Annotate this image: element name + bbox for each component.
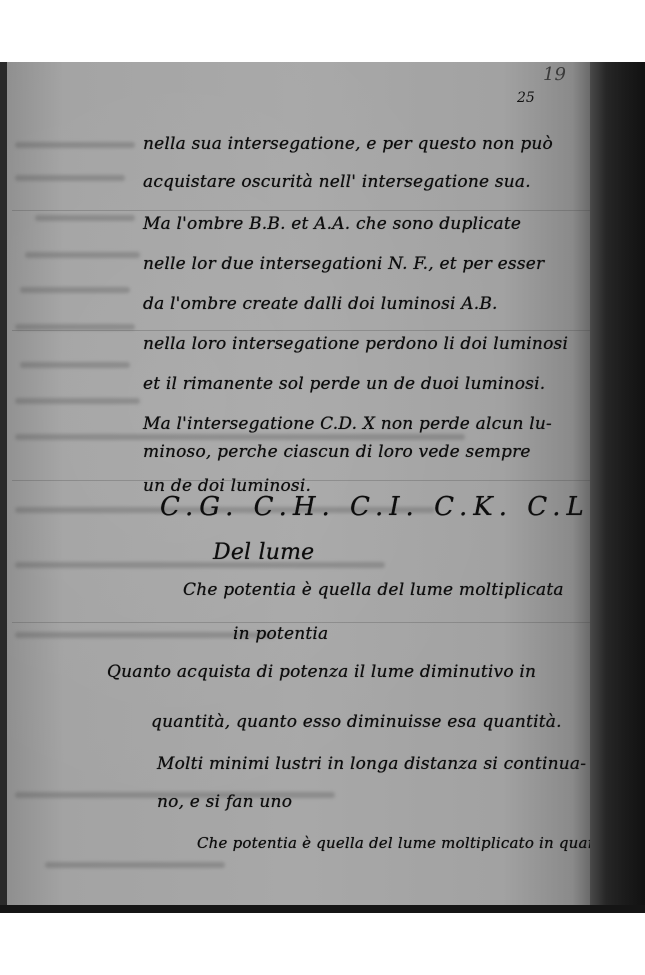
folio-number: 19 — [543, 64, 566, 85]
text-line: Ma l'intersegatione C.D. X non perde alc… — [143, 414, 552, 434]
page-left-edge — [0, 62, 7, 913]
manuscript-scan: 19 25 nella sua intersegatione, e per qu… — [0, 62, 645, 913]
text-line: Molti minimi lustri in longa distanza si… — [157, 754, 586, 774]
text-line: da l'ombre create dalli doi luminosi A.B… — [143, 294, 498, 314]
text-line: in potentia — [233, 624, 328, 644]
ruled-line — [12, 622, 592, 623]
bleed-through — [20, 287, 130, 293]
text-line: Quanto acquista di potenza il lume dimin… — [107, 662, 536, 682]
bleed-through — [15, 175, 125, 181]
text-line: et il rimanente sol perde un de duoi lum… — [143, 374, 545, 394]
text-line: Ma l'ombre B.B. et A.A. che sono duplica… — [143, 214, 521, 234]
text-line: no, e si fan uno — [157, 792, 292, 812]
text-line: Che potentia è quella del lume moltiplic… — [183, 580, 564, 600]
bleed-through — [15, 562, 385, 568]
bleed-through — [25, 252, 140, 258]
text-line: nelle lor due intersegationi N. F., et p… — [143, 254, 544, 274]
ruled-line — [12, 210, 592, 211]
page-bottom-edge — [0, 905, 645, 913]
page-number: 25 — [517, 90, 535, 106]
text-line: nella sua intersegatione, e per questo n… — [143, 134, 553, 154]
text-line: minoso, perche ciascun di loro vede semp… — [143, 442, 531, 462]
text-line: Che potentia è quella del lume moltiplic… — [197, 834, 624, 852]
binding-shadow — [590, 62, 645, 913]
paper-page: 19 25 nella sua intersegatione, e per qu… — [5, 62, 590, 907]
bleed-through — [20, 362, 130, 368]
section-heading: Del lume — [213, 540, 314, 565]
bleed-through — [35, 215, 135, 221]
ruled-line — [12, 330, 592, 331]
bleed-through — [15, 398, 140, 404]
bleed-through — [15, 142, 135, 148]
bleed-through — [45, 862, 225, 868]
letter-labels: C.G. C.H. C.I. C.K. C.L. — [160, 492, 604, 522]
bleed-through — [15, 434, 465, 440]
bleed-through — [15, 324, 135, 330]
text-line: nella loro intersegatione perdono li doi… — [143, 334, 568, 354]
text-line: acquistare oscurità nell' intersegatione… — [143, 172, 531, 192]
text-line: quantità, quanto esso diminuisse esa qua… — [151, 712, 562, 732]
